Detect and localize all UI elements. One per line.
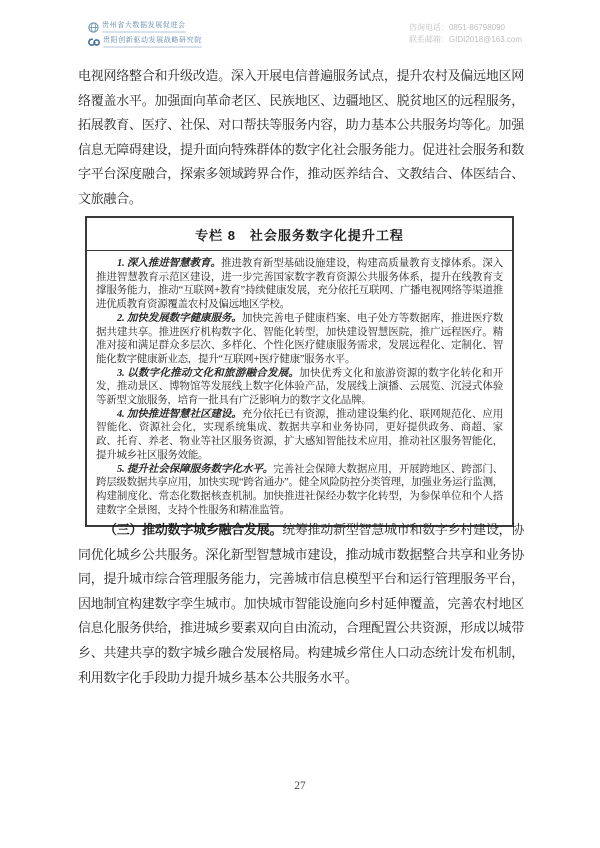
box-item-lead: 4. 加快推进智慧社区建设。 xyxy=(117,409,242,420)
association-logo-subtitle-bar xyxy=(102,31,186,33)
box-item: 5. 提升社会保障服务数字化水平。完善社会保障大数据应用，开展跨地区、跨部门、跨… xyxy=(96,463,503,518)
feature-box-content: 1. 深入推进智慧教育。推进教育新型基础设施建设，构建高质量教育支撑体系。深入推… xyxy=(87,251,512,525)
paragraph-text: 统筹推动新型智慧城市和数字乡村建设，协同优化城乡公共服务。深化新型智慧城市建设，… xyxy=(78,522,524,685)
logo-group: 贵州省大数据发展促进会 贵阳创新驱动发展战略研究院 xyxy=(88,22,202,48)
feature-box: 专栏 8 社会服务数字化提升工程 1. 深入推进智慧教育。推进教育新型基础设施建… xyxy=(85,216,514,527)
feature-box-title: 专栏 8 社会服务数字化提升工程 xyxy=(87,218,512,251)
globe-icon xyxy=(88,22,99,33)
box-item-lead: 1. 深入推进智慧教育。 xyxy=(117,258,221,269)
institute-logo-subtitle-bar xyxy=(103,46,202,48)
box-item: 1. 深入推进智慧教育。推进教育新型基础设施建设，构建高质量教育支撑体系。深入推… xyxy=(96,257,503,312)
institute-logo-icon xyxy=(88,37,100,48)
page-header: 贵州省大数据发展促进会 贵阳创新驱动发展战略研究院 咨询电话：0851-86 xyxy=(88,22,522,48)
box-item: 2. 加快发展数字健康服务。加快完善电子健康档案、电子处方等数据库，推进医疗数据… xyxy=(96,312,503,367)
contact-info: 咨询电话：0851-86798090 联系邮箱：GIDI2018@163.com xyxy=(409,22,522,46)
association-logo-label: 贵州省大数据发展促进会 xyxy=(102,22,186,30)
box-item-lead: 5. 提升社会保障服务数字化水平。 xyxy=(117,464,273,475)
body-paragraph-2: （三）推动数字城乡融合发展。统筹推动新型智慧城市和数字乡村建设，协同优化城乡公共… xyxy=(78,518,524,690)
box-item: 3. 以数字化推动文化和旅游融合发展。加快优秀文化和旅游资源的数字化转化和开发，… xyxy=(96,367,503,408)
body-paragraph-1: 电视网络整合和升级改造。深入开展电信普遍服务试点，提升农村及偏远地区网络覆盖水平… xyxy=(78,64,524,212)
document-page: 贵州省大数据发展促进会 贵阳创新驱动发展战略研究院 咨询电话：0851-86 xyxy=(0,0,600,848)
contact-email: 联系邮箱：GIDI2018@163.com xyxy=(409,34,522,46)
contact-phone: 咨询电话：0851-86798090 xyxy=(409,22,522,34)
paragraph-lead: （三）推动数字城乡融合发展。 xyxy=(104,522,282,537)
page-number: 27 xyxy=(0,780,600,792)
box-item-lead: 2. 加快发展数字健康服务。 xyxy=(117,313,242,324)
box-item: 4. 加快推进智慧社区建设。充分依托已有资源，推动建设集约化、联网规范化、应用智… xyxy=(96,408,503,463)
box-item-lead: 3. 以数字化推动文化和旅游融合发展。 xyxy=(117,368,299,379)
institute-logo: 贵阳创新驱动发展战略研究院 xyxy=(88,37,202,48)
association-logo: 贵州省大数据发展促进会 xyxy=(88,22,202,33)
institute-logo-label: 贵阳创新驱动发展战略研究院 xyxy=(103,37,202,45)
